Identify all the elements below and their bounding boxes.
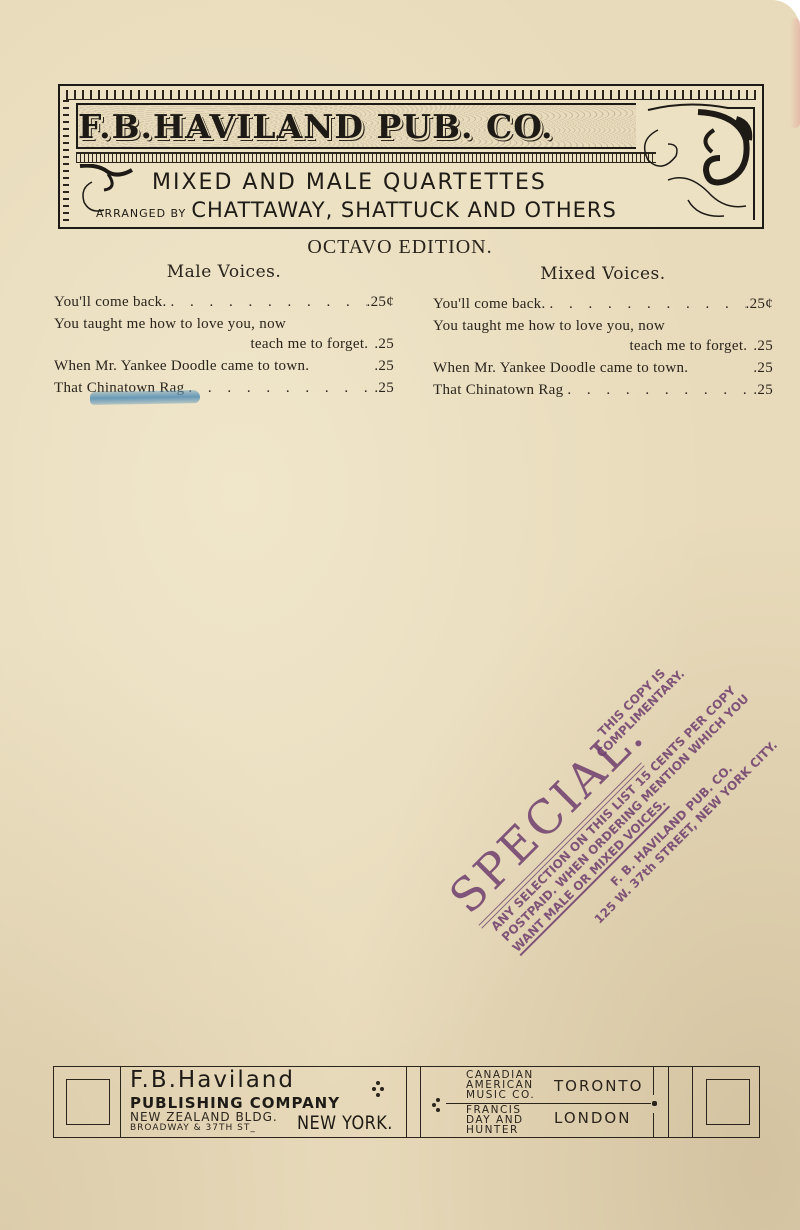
leader-dots: . . . . . . . . . . . . . . — [167, 292, 367, 312]
sheet-music-back-cover: F.B.HAVILAND PUB. CO. MIXED AND MALE QUA… — [0, 0, 800, 1230]
list-item: That Chinatown Rag. . . . . . . . . . . … — [433, 380, 773, 400]
agent-bracket-top — [653, 1067, 654, 1095]
arranged-by-line: ARRANGED BY CHATTAWAY, SHATTUCK AND OTHE… — [96, 198, 617, 222]
dot-icon — [436, 1098, 440, 1102]
leader-dots: . . . . . . . . . . . . . . — [563, 380, 753, 400]
publisher-banner: F.B.HAVILAND PUB. CO. MIXED AND MALE QUA… — [58, 84, 764, 229]
mixed-voices-list: Mixed Voices. You'll come back.. . . . .… — [433, 264, 773, 400]
agent-bracket-bottom — [653, 1113, 654, 1137]
list-item: You'll come back.. . . . . . . . . . . .… — [433, 294, 773, 314]
song-title: You taught me how to love you, now — [54, 314, 286, 334]
song-price: .25 — [753, 380, 773, 400]
column-heading: Mixed Voices. — [433, 264, 773, 284]
imprint-building: NEW ZEALAND BLDG. — [130, 1112, 278, 1123]
song-title-continued: teach me to forget. — [629, 338, 747, 354]
list-item: When Mr. Yankee Doodle came to town..25 — [433, 358, 773, 378]
song-price: .25 — [753, 338, 773, 354]
song-price: .25 — [374, 356, 394, 376]
dot-icon — [652, 1101, 657, 1106]
banner-subtitle: MIXED AND MALE QUARTETTES — [152, 170, 547, 195]
list-item: You taught me how to love you, now teach… — [433, 316, 773, 356]
song-price: .25¢ — [367, 292, 394, 312]
imprint-street: BROADWAY & 37TH ST_ — [130, 1123, 278, 1134]
dot-icon — [436, 1108, 440, 1112]
decorative-border-left — [63, 100, 69, 221]
list-item: You'll come back.. . . . . . . . . . . .… — [54, 292, 394, 312]
song-price: .25¢ — [746, 294, 773, 314]
dot-icon — [432, 1103, 436, 1107]
song-title: When Mr. Yankee Doodle came to town. — [433, 358, 688, 378]
agent-name-line: HUNTER — [466, 1125, 524, 1135]
title-rule — [76, 152, 656, 163]
song-price: .25 — [753, 358, 773, 378]
imprint-divider — [668, 1067, 669, 1137]
edition-heading: OCTAVO EDITION. — [0, 236, 800, 259]
imprint-publisher-name: F.B.Haviland — [130, 1067, 295, 1093]
publisher-name: F.B.HAVILAND PUB. CO. — [78, 104, 638, 150]
column-heading: Male Voices. — [54, 262, 394, 282]
imprint-city: NEW YORK. — [297, 1112, 393, 1134]
song-title: That Chinatown Rag — [433, 380, 563, 400]
arrangers: CHATTAWAY, SHATTUCK AND OTHERS — [191, 198, 616, 222]
imprint-address: NEW ZEALAND BLDG. BROADWAY & 37TH ST_ — [130, 1112, 278, 1134]
scroll-ornament-left-icon — [78, 164, 148, 219]
square-box-icon — [66, 1079, 110, 1125]
song-price: .25 — [374, 336, 394, 352]
male-voices-list: Male Voices. You'll come back.. . . . . … — [54, 262, 394, 398]
scroll-ornament-icon — [628, 100, 758, 224]
decorative-border-top — [66, 90, 756, 100]
special-offer-stamp: SPECIAL. THIS COPY IS COMPLIMENTARY. ANY… — [439, 574, 800, 991]
song-title: You taught me how to love you, now — [433, 316, 665, 336]
song-title: You'll come back. — [433, 294, 546, 314]
imprint-divider — [692, 1067, 693, 1137]
agent-name-line: MUSIC CO. — [466, 1090, 535, 1100]
agent-city: TORONTO — [554, 1077, 643, 1095]
leader-dots: . . . . . . . . . . . . . . — [184, 378, 374, 398]
square-box-icon — [706, 1079, 750, 1125]
agent-names: CANADIAN AMERICAN MUSIC CO. — [466, 1070, 535, 1100]
publisher-imprint: F.B.Haviland PUBLISHING COMPANY NEW ZEAL… — [53, 1066, 760, 1138]
song-title: You'll come back. — [54, 292, 167, 312]
song-title: When Mr. Yankee Doodle came to town. — [54, 356, 309, 376]
agent-city: LONDON — [554, 1109, 631, 1127]
agent-names: FRANCIS DAY AND HUNTER — [466, 1105, 524, 1135]
leader-dots: . . . . . . . . . . . . . . — [546, 294, 746, 314]
song-price: .25 — [374, 378, 394, 398]
list-item: When Mr. Yankee Doodle came to town..25 — [54, 356, 394, 376]
list-item: You taught me how to love you, now teach… — [54, 314, 394, 354]
imprint-cell-divider — [406, 1067, 421, 1137]
blue-pencil-mark — [90, 390, 200, 405]
song-title-continued: teach me to forget. — [250, 336, 368, 352]
